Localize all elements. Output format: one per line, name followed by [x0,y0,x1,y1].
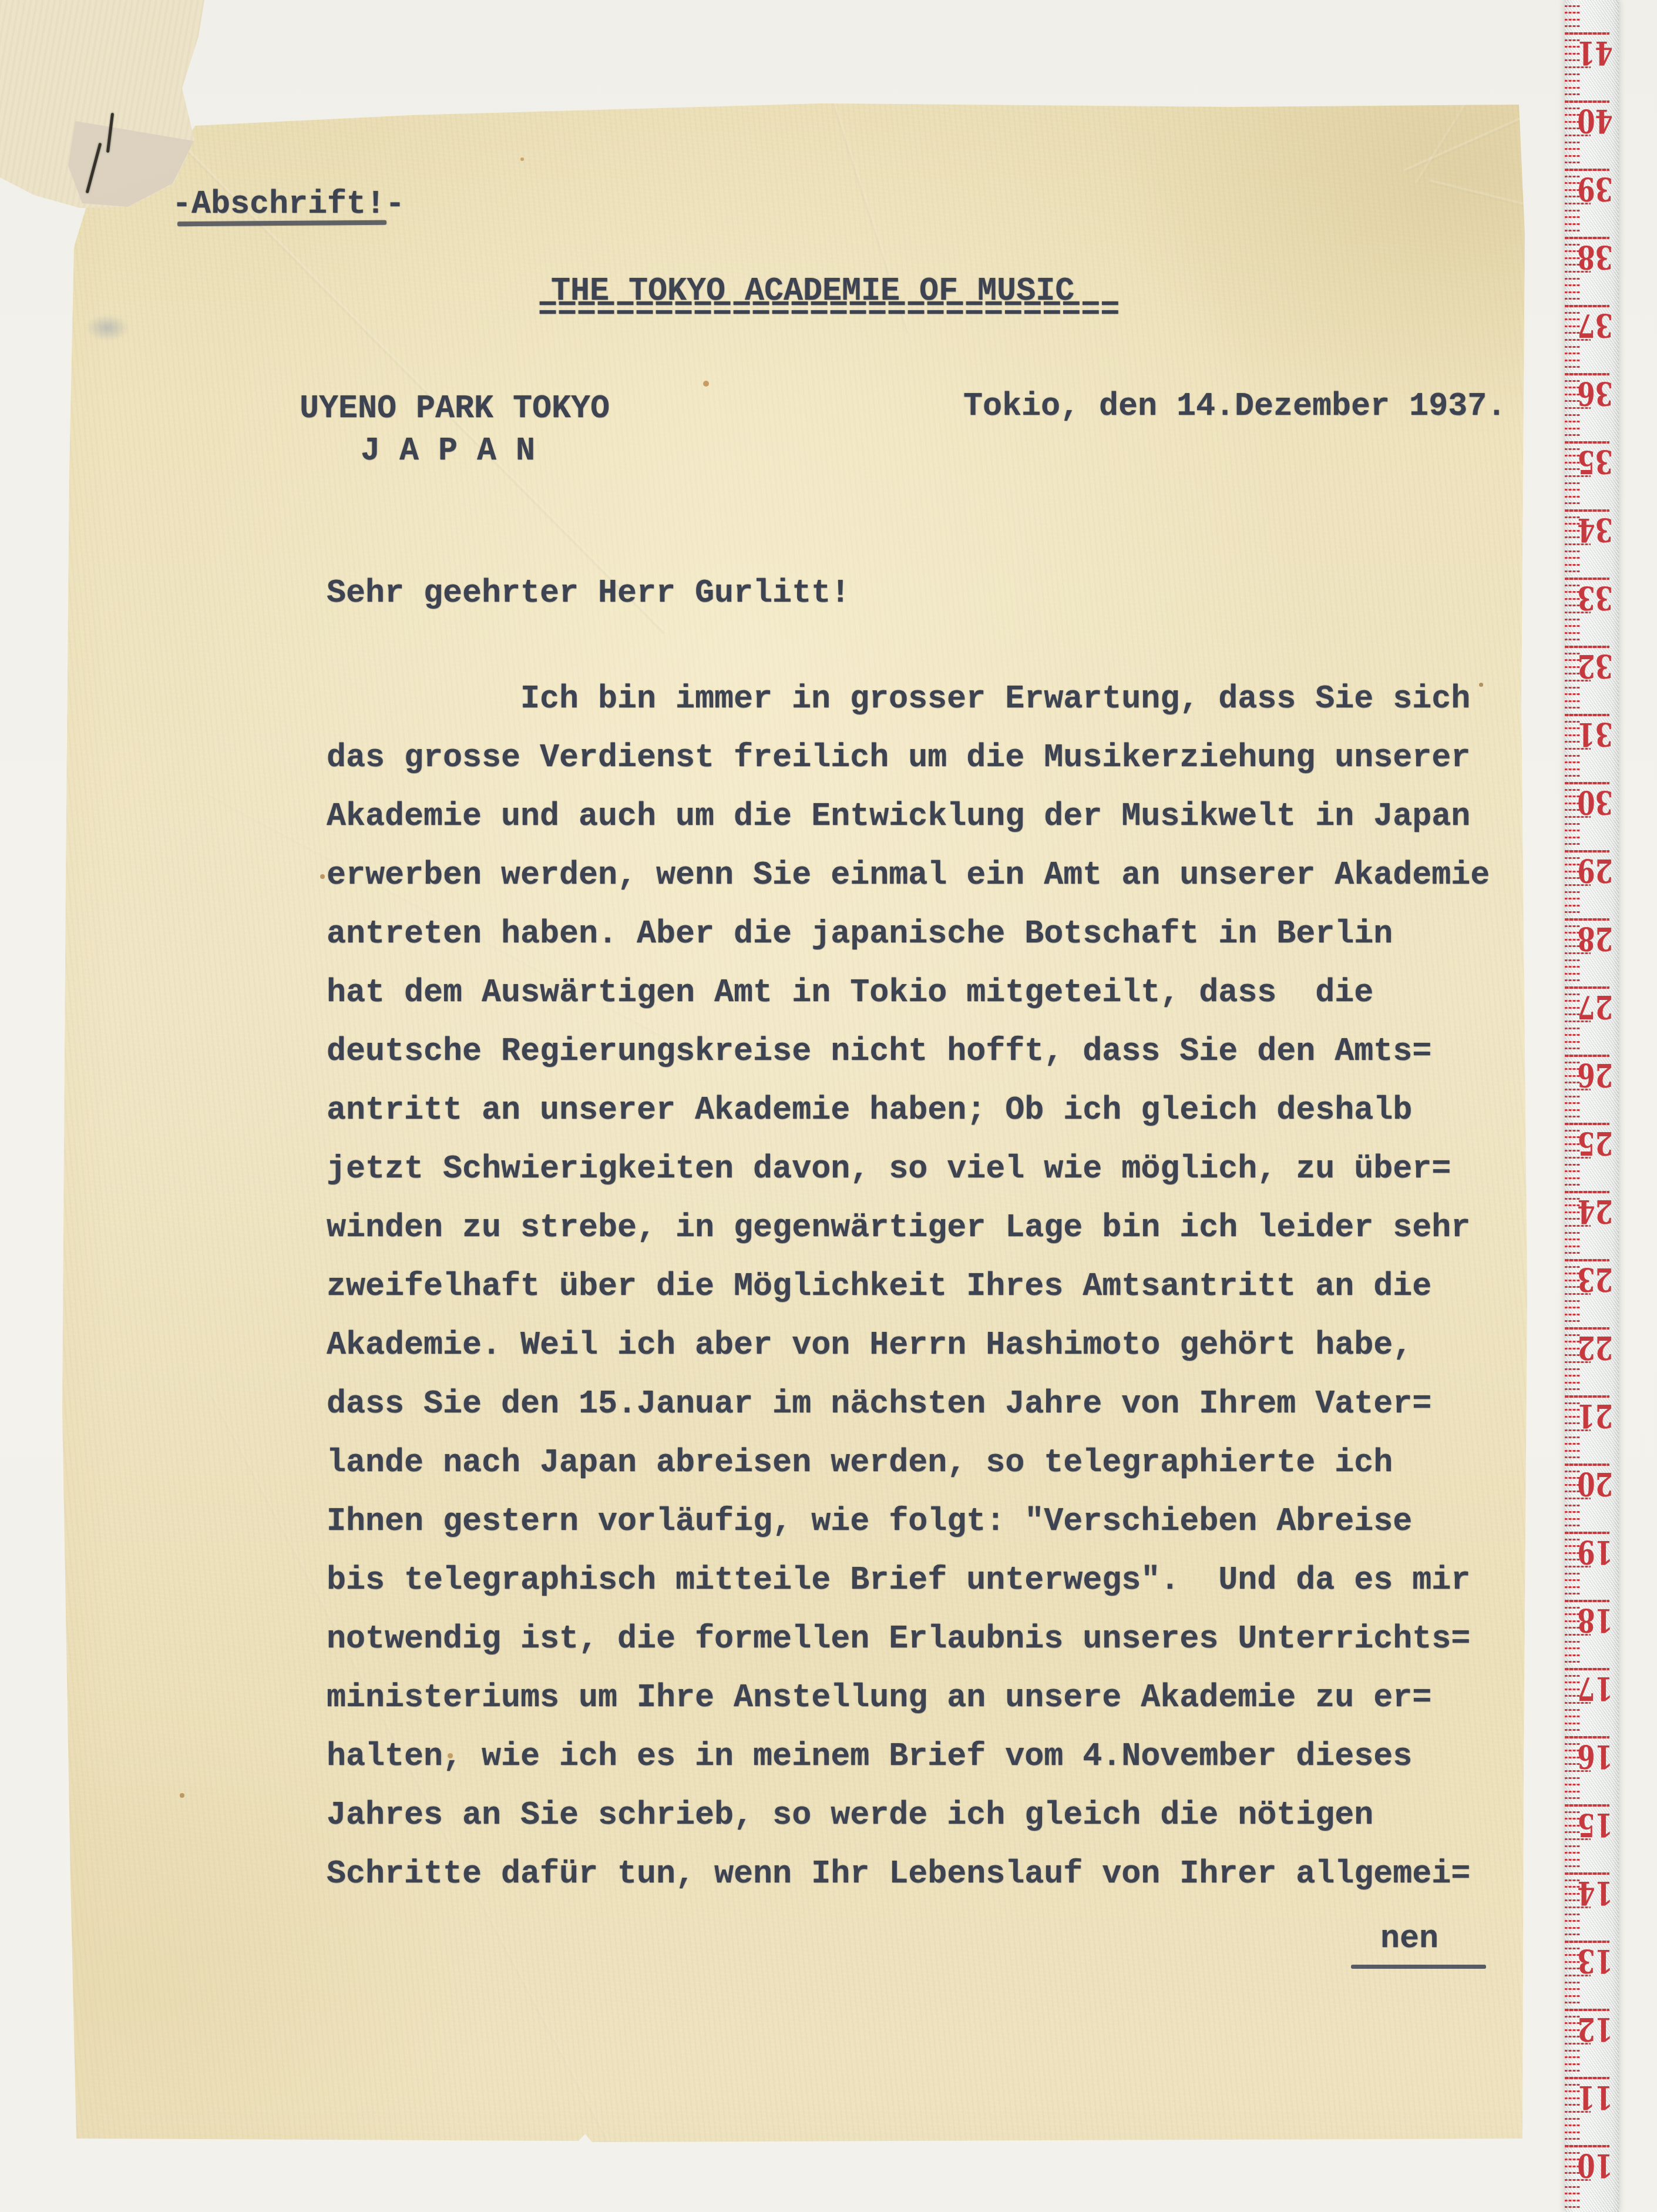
ruler-mm-tick [1565,1307,1580,1308]
ruler-number: 32 [1577,650,1612,682]
ruler-mm-tick [1565,2056,1580,2058]
ruler-cm-cell: 28 [1565,918,1619,986]
ruler-mm-tick [1565,1116,1580,1117]
ruler-mm-tick [1565,482,1580,484]
ruler-mm-tick [1565,421,1580,422]
body-line: notwendig ist, die formellen Erlaubnis u… [327,1610,1537,1669]
measuring-tape-ruler: 4140393837363534333231302928272625242322… [1565,0,1619,2212]
ruler-number: 26 [1577,1059,1612,1091]
ruler-mm-tick [1565,1177,1580,1179]
ruler-mm-tick [1565,1300,1580,1302]
ruler-mm-tick [1565,625,1580,627]
ruler-mm-tick [1565,551,1580,552]
ruler-mm-tick [1565,1988,1580,1990]
ruler-mm-tick [1565,564,1580,566]
ruler-cm-cell: 30 [1565,782,1619,850]
ruler-cm-cell: 36 [1565,373,1619,441]
ruler-mm-tick [1565,1716,1580,1717]
ruler-cm-cell: 27 [1565,986,1619,1055]
ruler-mm-tick [1565,1791,1580,1793]
ruler-mm-tick [1565,1164,1580,1166]
pencil-smudge [86,315,129,341]
ruler-cm-cell: 19 [1565,1532,1619,1600]
ruler-mm-tick [1565,687,1580,689]
foxing-spot [520,157,524,161]
ruler-mm-tick [1565,1170,1580,1172]
ruler-number: 11 [1577,2082,1612,2113]
ruler-mm-tick [1565,959,1580,961]
ruler-mm-tick [1565,632,1580,634]
ruler-cm-cell: 37 [1565,305,1619,373]
ruler-number: 15 [1577,1809,1612,1841]
ruler-mm-tick [1565,25,1580,27]
catchword: nen [1380,1922,1438,1955]
ruler-mm-tick [1565,2186,1580,2188]
ruler-cm-cell: 17 [1565,1668,1619,1736]
ruler-cm-cell: 14 [1565,1872,1619,1941]
ruler-mm-tick [1565,1982,1580,1983]
ruler-mm-tick [1565,434,1580,436]
body-line: lande nach Japan abreisen werden, so tel… [327,1434,1537,1492]
letter-body: Ich bin immer in grosser Erwartung, dass… [327,670,1537,1904]
ruler-number: 19 [1577,1536,1612,1568]
address-line-1: UYENO PARK TOKYO [300,392,610,425]
ruler-mm-tick [1565,1525,1580,1526]
ruler-mm-tick [1565,619,1580,620]
ruler-mm-tick [1565,1314,1580,1315]
ruler-mm-tick [1565,1096,1580,1097]
ruler-mm-tick [1565,1784,1580,1785]
ruler-number: 18 [1577,1605,1612,1636]
ruler-mm-tick [1565,12,1580,14]
ruler-mm-tick [1565,1375,1580,1377]
ruler-mm-tick [1565,775,1580,777]
ruler-mm-tick [1565,155,1580,157]
ruler-cm-cell: 39 [1565,169,1619,237]
ruler-mm-tick [1565,830,1580,831]
copy-annotation-underline [177,220,386,226]
ruler-number: 40 [1577,105,1612,137]
ruler-cm-cell: 34 [1565,509,1619,578]
ruler-mm-tick [1565,353,1580,354]
ruler-mm-tick [1565,768,1580,770]
ruler-cm-cell: 11 [1565,2077,1619,2145]
body-line: erwerben werden, wenn Sie einmal ein Amt… [327,846,1537,905]
ruler-number: 38 [1577,241,1612,273]
body-line: halten, wie ich es in meinem Brief vom 4… [327,1727,1537,1786]
ruler-mm-tick [1565,2124,1580,2126]
body-line: das grosse Verdienst freilich um die Mus… [327,729,1537,787]
body-line: ministeriums um Ihre Anstellung an unser… [327,1669,1537,1727]
ruler-mm-tick [1565,93,1580,95]
ruler-mm-tick [1565,210,1580,212]
ruler-mm-tick [1565,1443,1580,1445]
ruler-number: 35 [1577,446,1612,478]
ruler-mm-tick [1565,1388,1580,1390]
ruler-cm-cell: 18 [1565,1600,1619,1668]
foxing-spot [320,874,325,879]
ruler-mm-tick [1565,80,1580,82]
ruler-mm-tick [1565,1797,1580,1799]
ruler-mm-tick [1565,1859,1580,1861]
ruler-cm-cell: 21 [1565,1395,1619,1464]
ruler-mm-tick [1565,1109,1580,1111]
foxing-spot [703,381,709,387]
foxing-spot [180,1793,184,1798]
ruler-mm-tick [1565,2050,1580,2052]
ruler-number: 41 [1577,37,1612,69]
ruler-mm-tick [1565,905,1580,907]
ruler-mm-tick [1565,1436,1580,1438]
ruler-mm-tick [1565,966,1580,968]
ruler-mm-tick [1565,1647,1580,1649]
ruler-mm-tick [1565,1865,1580,1867]
ruler-mm-tick [1565,2132,1580,2133]
ruler-mm-tick [1565,1238,1580,1240]
ruler-number: 25 [1577,1127,1612,1159]
ruler-mm-tick [1565,1579,1580,1581]
ruler-number: 21 [1577,1400,1612,1432]
body-line: winden zu strebe, in gegenwärtiger Lage … [327,1199,1537,1257]
ruler-cm-cell: 26 [1565,1055,1619,1123]
ruler-mm-tick [1565,700,1580,702]
body-line: Schritte dafür tun, wenn Ihr Lebenslauf … [327,1845,1537,1904]
ruler-mm-tick [1565,1252,1580,1254]
ruler-mm-tick [1565,360,1580,361]
ruler-mm-tick [1565,557,1580,559]
copy-annotation: -Abschrift!- [172,188,405,220]
ruler-mm-tick [1565,216,1580,218]
ruler-cm-cell: 16 [1565,1736,1619,1804]
ruler-mm-tick [1565,428,1580,429]
ruler-mm-tick [1565,1511,1580,1513]
ruler-mm-tick [1565,1852,1580,1854]
ruler-mm-tick [1565,1729,1580,1731]
ruler-number: 17 [1577,1673,1612,1704]
ruler-mm-tick [1565,891,1580,893]
ruler-mm-tick [1565,298,1580,300]
ruler-mm-tick [1565,823,1580,825]
ruler-mm-tick [1565,1777,1580,1779]
ruler-cm-cell: 32 [1565,646,1619,714]
ruler-mm-tick [1565,291,1580,293]
ruler-mm-tick [1565,1995,1580,1997]
ruler-number: 10 [1577,2150,1612,2181]
ruler-number: 28 [1577,923,1612,955]
ruler-mm-tick [1565,489,1580,491]
ruler-cm-cell: 10 [1565,2145,1619,2212]
ruler-mm-tick [1565,162,1580,163]
ruler-mm-tick [1565,2002,1580,2003]
ruler-mm-tick [1565,761,1580,763]
ruler-mm-tick [1565,1028,1580,1029]
ruler-mm-tick [1565,1845,1580,1847]
ruler-mm-tick [1565,1368,1580,1370]
ruler-mm-tick [1565,87,1580,89]
ruler-cm-cell [1565,0,1619,32]
ruler-mm-tick [1565,2200,1580,2201]
ruler-number: 31 [1577,719,1612,750]
ruler-mm-tick [1565,898,1580,899]
letter-sheet: -Abschrift!- THE TOKYO ACADEMIE OF MUSIC… [0,0,1657,2212]
ruler-cm-cell: 12 [1565,2009,1619,2077]
ruler-number: 24 [1577,1196,1612,1227]
ruler-mm-tick [1565,639,1580,640]
body-line: Jahres an Sie schrieb, so werde ich glei… [327,1786,1537,1845]
ruler-mm-tick [1565,223,1580,225]
ruler-mm-tick [1565,1920,1580,1922]
ruler-mm-tick [1565,1041,1580,1043]
ruler-mm-tick [1565,911,1580,913]
body-line: Akademie. Weil ich aber von Herrn Hashim… [327,1316,1537,1375]
ruler-number: 33 [1577,582,1612,614]
ruler-mm-tick [1565,1232,1580,1234]
ruler-mm-tick [1565,2193,1580,2194]
ruler-mm-tick [1565,73,1580,75]
ruler-cm-cell: 29 [1565,850,1619,918]
ruler-mm-tick [1565,1654,1580,1656]
ruler-mm-tick [1565,1914,1580,1915]
ruler-mm-tick [1565,1573,1580,1575]
ruler-mm-tick [1565,1034,1580,1036]
ruler-mm-tick [1565,2206,1580,2208]
ruler-mm-tick [1565,5,1580,7]
body-line: antreten haben. Aber die japanische Bots… [327,905,1537,964]
ruler-cm-cell: 38 [1565,237,1619,305]
ruler-cm-cell: 41 [1565,32,1619,100]
body-line: zweifelhaft über die Möglichkeit Ihres A… [327,1257,1537,1316]
ruler-mm-tick [1565,2138,1580,2140]
ruler-mm-tick [1565,142,1580,143]
body-line: Ich bin immer in grosser Erwartung, dass… [327,670,1537,729]
ruler-mm-tick [1565,843,1580,845]
ruler-number: 27 [1577,991,1612,1023]
ruler-mm-tick [1565,1586,1580,1588]
scanned-document: -Abschrift!- THE TOKYO ACADEMIE OF MUSIC… [0,0,1657,2212]
ruler-mm-tick [1565,1641,1580,1643]
salutation: Sehr geehrter Herr Gurlitt! [327,577,850,609]
ruler-number: 37 [1577,310,1612,341]
body-line: bis telegraphisch mitteile Brief unterwe… [327,1551,1537,1610]
ruler-mm-tick [1565,2063,1580,2065]
body-line: dass Sie den 15.Januar im nächsten Jahre… [327,1375,1537,1434]
ruler-mm-tick [1565,284,1580,286]
ruler-mm-tick [1565,707,1580,709]
foxing-spot [1479,683,1483,687]
body-line: antritt an unserer Akademie haben; Ob ic… [327,1081,1537,1140]
ruler-mm-tick [1565,366,1580,368]
ruler-number: 22 [1577,1332,1612,1364]
ruler-cm-cell: 31 [1565,714,1619,782]
ruler-mm-tick [1565,496,1580,498]
ruler-mm-tick [1565,1184,1580,1186]
ruler-cm-cell: 22 [1565,1327,1619,1395]
body-line: Ihnen gestern vorläufig, wie folgt: "Ver… [327,1492,1537,1551]
body-line: hat dem Auswärtigen Amt in Tokio mitgete… [327,964,1537,1022]
paper-crease [110,72,666,634]
ruler-cm-cell: 15 [1565,1804,1619,1872]
paper-crease [1429,180,1543,211]
ruler-number: 14 [1577,1877,1612,1909]
ruler-number: 13 [1577,1945,1612,1977]
body-line: deutsche Regierungskreise nicht hofft, d… [327,1022,1537,1081]
body-line: Akademie und auch um die Entwicklung der… [327,787,1537,846]
ruler-number: 36 [1577,378,1612,409]
ruler-mm-tick [1565,1927,1580,1929]
ruler-cm-cell: 13 [1565,1941,1619,2009]
ruler-mm-tick [1565,1505,1580,1506]
ruler-mm-tick [1565,1456,1580,1458]
ruler-mm-tick [1565,2070,1580,2072]
ruler-mm-tick [1565,278,1580,280]
ruler-mm-tick [1565,837,1580,838]
ruler-mm-tick [1565,1518,1580,1520]
dateline: Tokio, den 14.Dezember 1937. [963,390,1506,422]
body-line: jetzt Schwierigkeiten davon, so viel wie… [327,1140,1537,1199]
paper-crease [1403,112,1533,172]
ruler-mm-tick [1565,19,1580,21]
ruler-cm-cell: 35 [1565,441,1619,509]
ruler-mm-tick [1565,2118,1580,2120]
ruler-mm-tick [1565,1450,1580,1452]
letterhead-underline: ============================== [538,294,1120,326]
ruler-mm-tick [1565,230,1580,231]
ruler-cm-cell: 40 [1565,100,1619,169]
address-line-2: J A P A N [361,435,535,467]
ruler-mm-tick [1565,1320,1580,1322]
ruler-number: 20 [1577,1468,1612,1500]
ruler-number: 29 [1577,855,1612,887]
ruler-mm-tick [1565,1593,1580,1595]
foxing-spot [448,1753,453,1758]
ruler-cm-cell: 23 [1565,1259,1619,1327]
ruler-number: 23 [1577,1264,1612,1295]
ruler-cm-cell: 25 [1565,1123,1619,1191]
ruler-mm-tick [1565,1709,1580,1711]
ruler-mm-tick [1565,346,1580,348]
ruler-mm-tick [1565,1934,1580,1935]
ruler-mm-tick [1565,1723,1580,1724]
catchword-underline [1351,1965,1486,1969]
ruler-mm-tick [1565,1102,1580,1104]
paper-crease [1415,53,1498,184]
ruler-mm-tick [1565,1048,1580,1049]
ruler-mm-tick [1565,693,1580,695]
ruler-number: 30 [1577,787,1612,818]
ruler-mm-tick [1565,755,1580,757]
ruler-mm-tick [1565,979,1580,981]
ruler-mm-tick [1565,973,1580,975]
ruler-mm-tick [1565,414,1580,416]
ruler-mm-tick [1565,148,1580,150]
ruler-mm-tick [1565,1382,1580,1384]
ruler-number: 16 [1577,1741,1612,1773]
ruler-mm-tick [1565,1661,1580,1663]
ruler-cm-cell: 20 [1565,1464,1619,1532]
ruler-cm-cell: 24 [1565,1191,1619,1259]
ruler-mm-tick [1565,1246,1580,1247]
ruler-number: 12 [1577,2013,1612,2045]
ruler-cm-cell: 33 [1565,578,1619,646]
ruler-mm-tick [1565,502,1580,504]
ruler-number: 39 [1577,173,1612,205]
ruler-number: 34 [1577,514,1612,546]
ruler-mm-tick [1565,570,1580,572]
